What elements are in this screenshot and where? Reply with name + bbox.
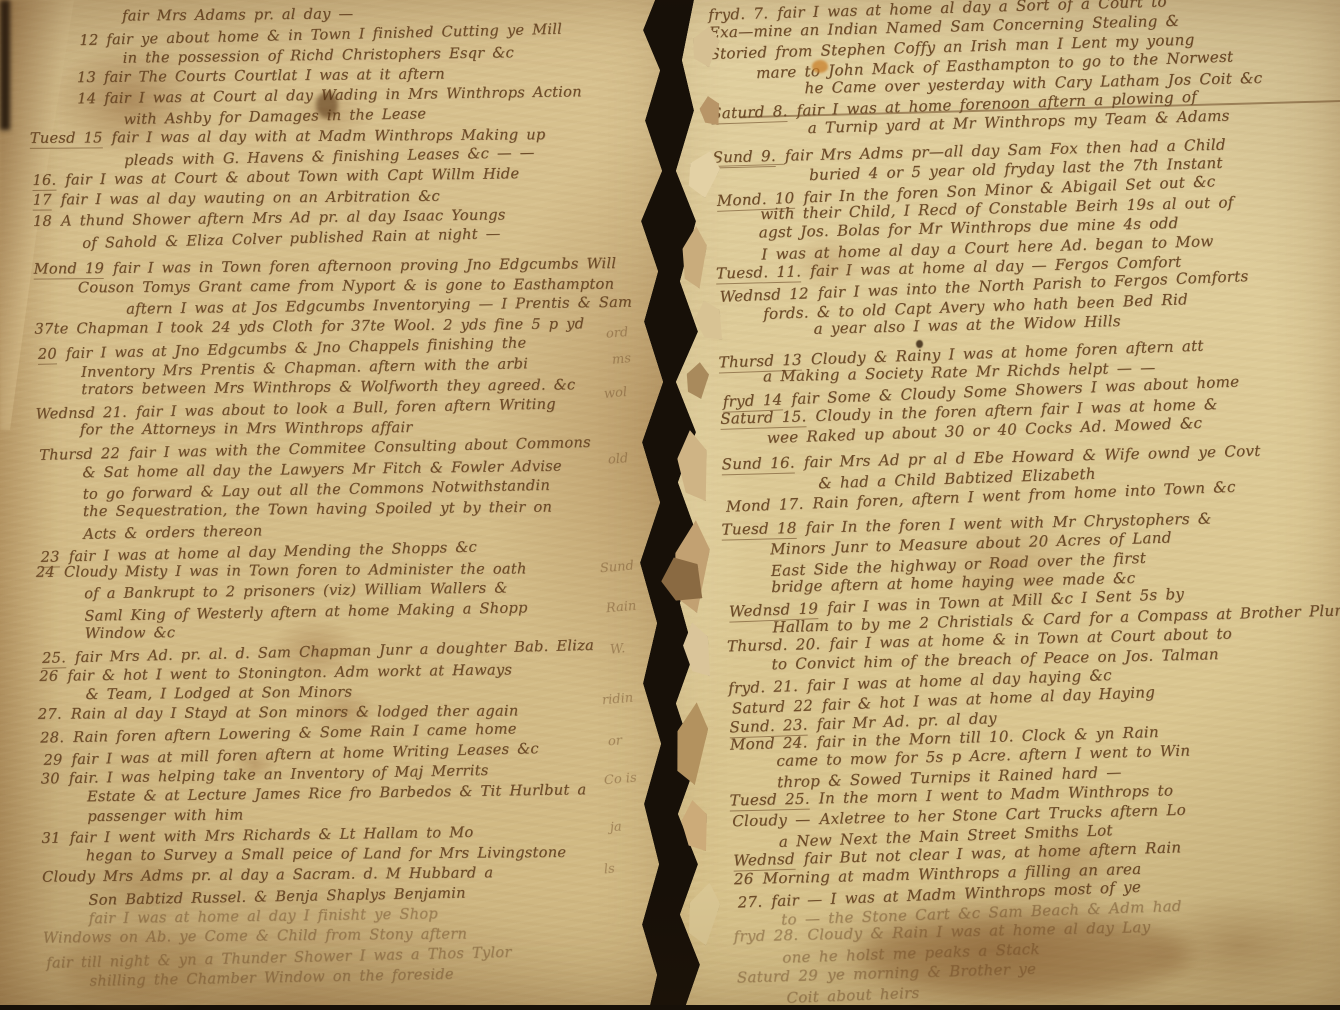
bleedthrough-word: Co is: [603, 771, 637, 789]
bleedthrough-word: ja: [609, 820, 622, 836]
entry-text: fair I was in Town foren afternoon provi…: [113, 255, 616, 277]
entry-text: for the Attorneys in Mrs Winthrops affai…: [80, 419, 413, 438]
day-label: 24: [36, 564, 55, 581]
entry-text: the Sequestration, the Town having Spoil…: [83, 499, 552, 521]
day-label: Sund. 23.: [729, 715, 808, 738]
entry-text: Acts & orders thereon: [83, 523, 262, 543]
day-label: 16.: [32, 172, 56, 191]
bleedthrough-word: Sund: [599, 559, 634, 577]
day-label: Mond 17.: [726, 495, 804, 516]
day-label: 30: [41, 770, 60, 787]
entry-text: 13 fair The Courts Courtlat I was at it …: [77, 65, 445, 86]
entry-text: fair I was al day wauting on an Arbitrat…: [61, 187, 440, 208]
day-label: 17: [33, 191, 52, 210]
manuscript-line: 24Cloudy Misty I was in Town foren to Ad…: [36, 559, 656, 584]
day-label: 28.: [40, 729, 64, 746]
day-label: Wednsd 21.: [35, 403, 127, 422]
bleedthrough-word: old: [607, 451, 629, 468]
entry-text: passenger with him: [87, 806, 243, 824]
entry-text: trators between Mrs Winthrops & Wolfwort…: [81, 377, 575, 399]
entry-text: Windows on Ab. ye Come & Child from Ston…: [43, 926, 467, 947]
manuscript-photo: fair Mrs Adams pr. al day —12 fair ye ab…: [0, 0, 1340, 1005]
day-label: Tuesd 15: [30, 129, 103, 149]
day-label: Sund 16.: [721, 453, 795, 475]
day-label: Sund 9.: [712, 147, 776, 169]
day-label: 31: [41, 830, 60, 847]
day-label: Tuesd 25.: [729, 790, 810, 812]
entry-text: Couson Tomys Grant came from Nyport & is…: [78, 275, 614, 296]
bleedthrough-word: Rain: [605, 599, 637, 617]
binding-edge-shadow: [0, 0, 10, 130]
right-page-text: fryd. 7.fair I was at home al day a Sort…: [708, 0, 1340, 1005]
day-label: fryd. 7.: [708, 4, 769, 24]
day-label: Mond 19: [34, 260, 105, 280]
entry-text: Cloudy Mrs Adms pr. al day a Sacram. d. …: [42, 865, 493, 886]
day-label: 26: [734, 870, 754, 888]
day-label: Saturd 22: [732, 697, 814, 718]
manuscript-line: Couson Tomys Grant came from Nyport & is…: [78, 275, 652, 299]
day-label: Thursd. 20.: [727, 635, 821, 655]
entry-text: fair Mrs Adams pr. al day —: [122, 5, 353, 24]
day-label: 25.: [42, 649, 66, 669]
bleedthrough-word: wol: [603, 385, 627, 402]
day-label: 27.: [38, 706, 62, 723]
day-label: fryd. 21.: [728, 677, 798, 697]
entry-text: hegan to Survey a Small peice of Land fo…: [86, 844, 566, 864]
day-label: Tuesd 18: [721, 519, 797, 541]
day-label: Tuesd. 11.: [716, 262, 802, 284]
bleedthrough-word: ms: [611, 351, 631, 368]
day-label: 27.: [737, 893, 762, 912]
entry-text: fair I was al day with at Madm Winthrops…: [112, 126, 546, 146]
left-page-text: fair Mrs Adams pr. al day —12 fair ye ab…: [30, 1, 664, 992]
day-label: Thursd 22: [39, 445, 120, 464]
entry-text: Coit about heirs: [786, 984, 920, 1005]
bleedthrough-word: ls: [603, 862, 615, 878]
day-label: Wednsd 19: [729, 600, 819, 623]
entry-text: fair I was at home al day I finisht ye S…: [89, 905, 438, 927]
entry-text: Rain al day I Stayd at Son minors & lodg…: [71, 703, 519, 723]
day-label: Saturd 29: [737, 966, 819, 986]
day-label: fryd 14: [722, 391, 782, 413]
bleedthrough-word: W.: [609, 641, 625, 657]
bleedthrough-word: ord: [605, 325, 629, 342]
margin-bleedthrough-text: ordmswololdSundRainW.ridinorCo isjals: [596, 0, 672, 1005]
entry-text: Cloudy Misty I was in Town foren to Admi…: [64, 560, 527, 580]
bleedthrough-word: ridin: [601, 691, 633, 709]
day-label: 29: [43, 751, 62, 768]
entry-text: & Team, I Lodged at Son Minors: [85, 683, 352, 703]
entry-text: Window &c: [85, 624, 176, 642]
day-label: 18: [33, 213, 52, 230]
day-label: Saturd 8.: [711, 102, 788, 125]
day-label: 20: [38, 345, 58, 364]
day-label: fryd 28.: [733, 926, 798, 945]
bleedthrough-word: or: [607, 733, 622, 749]
day-label: Cloudy —: [732, 810, 811, 830]
